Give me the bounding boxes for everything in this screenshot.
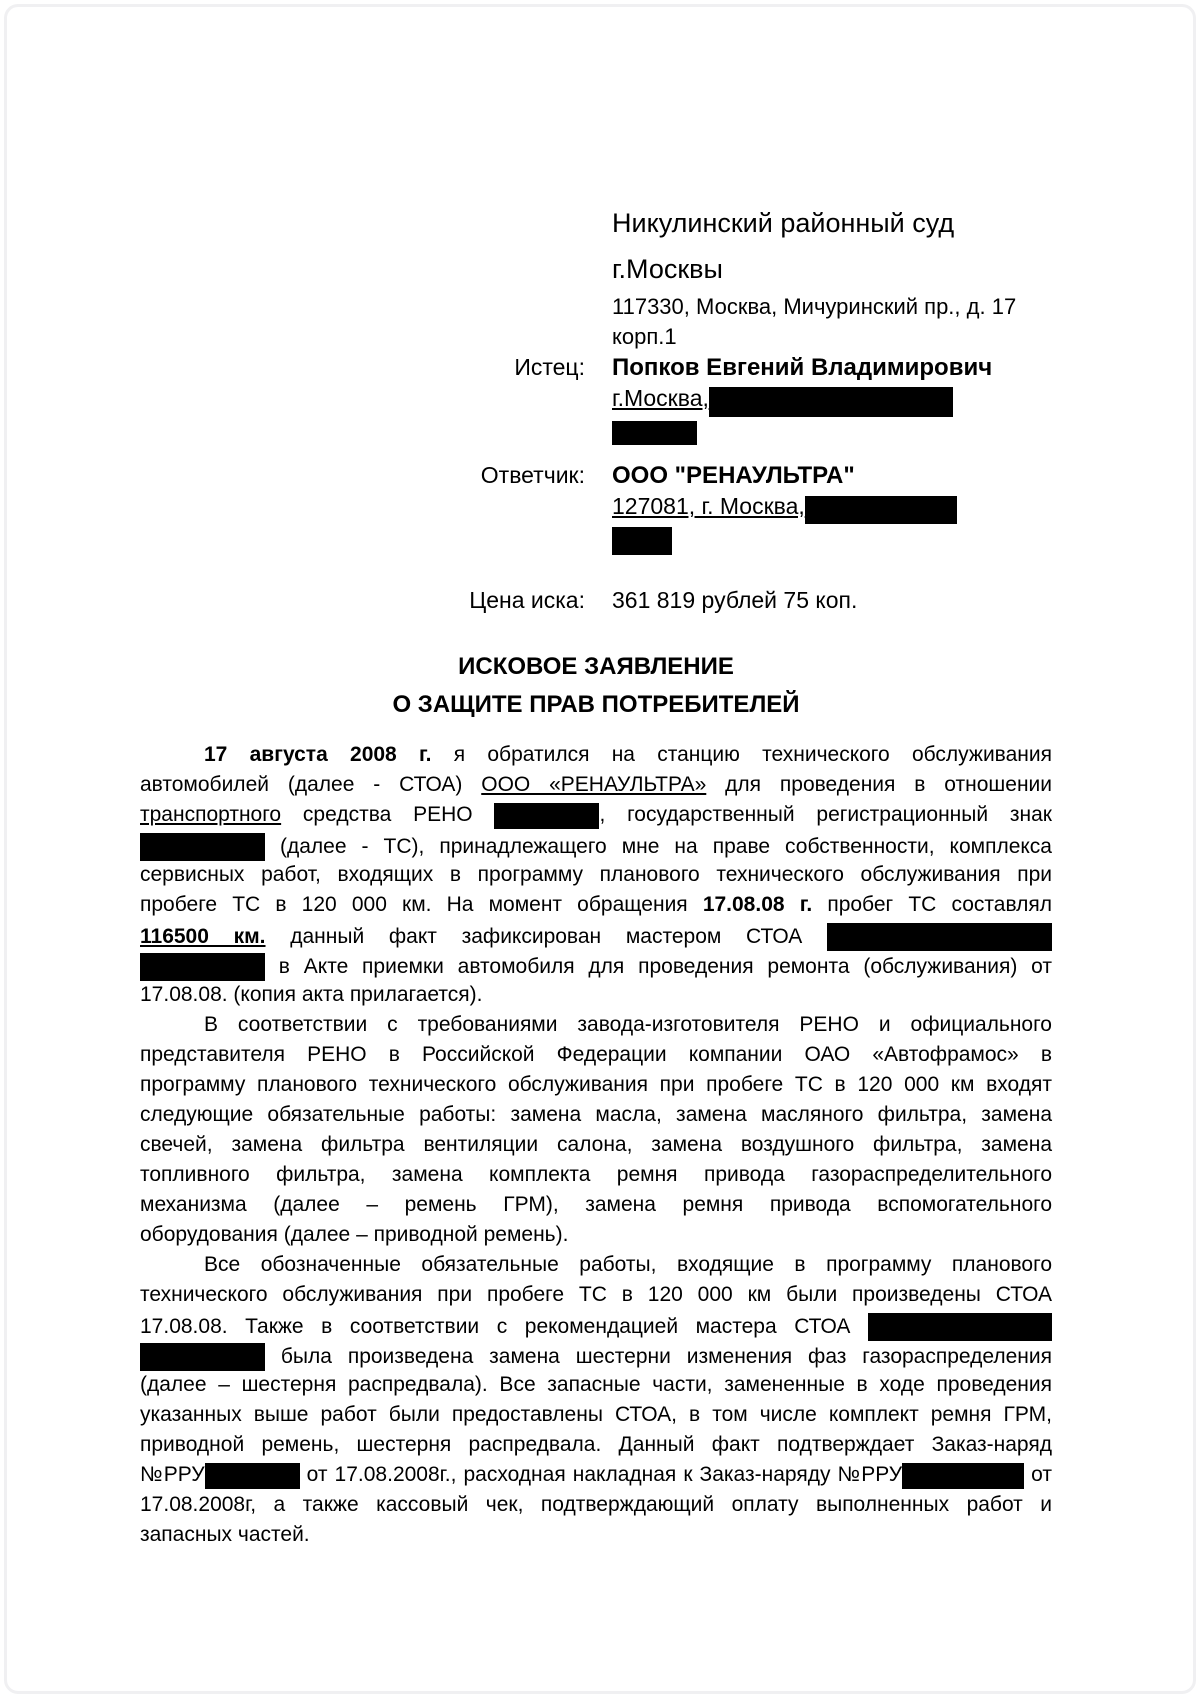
text-segment: в Акте приемки автомобиля для проведения… <box>265 955 1052 978</box>
text-segment: запасных частей. <box>140 1523 310 1546</box>
court-name-line1: Никулинский районный суд <box>612 200 1200 246</box>
text-line: 17.08.08. (копия акта прилагается). <box>140 980 1052 1010</box>
defendant-label: Ответчик: <box>0 460 585 491</box>
document-title-line1: ИСКОВОЕ ЗАЯВЛЕНИЕ <box>140 648 1052 686</box>
text-segment: ООО «РЕНАУЛЬТРА» <box>481 773 706 796</box>
redaction-box <box>205 1463 300 1489</box>
text-line: указанных выше работ были предоставлены … <box>140 1400 1052 1430</box>
text-segment: свечей, замена фильтра вентиляции салона… <box>140 1133 1052 1156</box>
redaction-box <box>612 421 697 445</box>
redaction-box <box>494 803 599 829</box>
text-line: №РРУ от 17.08.2008г., расходная накладна… <box>140 1460 1052 1490</box>
text-line: пробеге ТС в 120 000 км. На момент обращ… <box>140 890 1052 920</box>
text-line: была произведена замена шестерни изменен… <box>140 1340 1052 1370</box>
text-segment: приводной ремень, шестерня распредвала. … <box>140 1433 1052 1456</box>
text-segment: я обратился на станцию технического обсл… <box>431 743 1052 766</box>
text-segment: от 17.08.2008г., расходная накладная к З… <box>300 1463 903 1486</box>
text-segment: 17.08.08 г. <box>703 893 812 916</box>
text-segment: Попков Евгений Владимирович <box>612 354 992 381</box>
defendant-row: Ответчик: ООО "РЕНАУЛЬТРА"127081, г. Мос… <box>0 460 1200 553</box>
court-header: Никулинский районный суд г.Москвы 117330… <box>612 200 1200 352</box>
text-line: механизма (далее – ремень ГРМ), замена р… <box>140 1190 1052 1220</box>
paragraph: 17 августа 2008 г. я обратился на станци… <box>140 740 1052 1010</box>
text-line: 17.08.2008г, а также кассовый чек, подтв… <box>140 1490 1052 1520</box>
redaction-box <box>709 387 953 417</box>
text-segment: следующие обязательные работы: замена ма… <box>140 1103 1052 1126</box>
text-line: автомобилей (далее - СТОА) ООО «РЕНАУЛЬТ… <box>140 770 1052 800</box>
text-segment: 17.08.2008г, а также кассовый чек, подтв… <box>140 1493 1052 1516</box>
text-segment: оборудования (далее – приводной ремень). <box>140 1223 568 1246</box>
text-segment: технического обслуживания при пробеге ТС… <box>140 1283 1052 1306</box>
plaintiff-label: Истец: <box>0 352 585 383</box>
text-segment: средства РЕНО <box>281 803 494 826</box>
redaction-box <box>805 496 957 524</box>
redaction-box <box>902 1463 1024 1489</box>
text-line <box>612 522 957 553</box>
text-segment: программу планового технического обслужи… <box>140 1073 1052 1096</box>
claim-price-row: Цена иска: 361 819 рублей 75 коп. <box>0 585 1200 615</box>
text-segment: В соответствии с требованиями завода-изг… <box>204 1013 1052 1036</box>
text-segment: транспортного <box>140 803 281 826</box>
text-segment: пробеге ТС в 120 000 км. На момент обращ… <box>140 893 703 916</box>
text-segment: механизма (далее – ремень ГРМ), замена р… <box>140 1193 1052 1216</box>
text-line: Все обозначенные обязательные работы, вх… <box>140 1250 1052 1280</box>
text-segment: 17.08.08. (копия акта прилагается). <box>140 983 482 1006</box>
text-segment: автомобилей (далее - СТОА) <box>140 773 481 796</box>
text-line: 116500 км. данный факт зафиксирован маст… <box>140 920 1052 950</box>
text-segment: представителя РЕНО в Российской Федераци… <box>140 1043 1052 1066</box>
text-segment: пробег ТС составлял <box>812 893 1052 916</box>
text-segment: Все обозначенные обязательные работы, вх… <box>204 1253 1052 1276</box>
text-segment: от <box>1024 1463 1052 1486</box>
text-segment: топливного фильтра, замена комплекта рем… <box>140 1163 1052 1186</box>
document-title-line2: О ЗАЩИТЕ ПРАВ ПОТРЕБИТЕЛЕЙ <box>140 686 1052 724</box>
text-segment: №РРУ <box>140 1463 205 1486</box>
redaction-box <box>140 833 265 861</box>
paragraph: В соответствии с требованиями завода-изг… <box>140 1010 1052 1250</box>
court-address-line1: 117330, Москва, Мичуринский пр., д. 17 <box>612 292 1200 322</box>
text-line: Попков Евгений Владимирович <box>612 352 992 383</box>
text-line: В соответствии с требованиями завода-изг… <box>140 1010 1052 1040</box>
text-line: ООО "РЕНАУЛЬТРА" <box>612 460 957 491</box>
text-segment: г.Москва, <box>612 385 709 411</box>
text-line: 127081, г. Москва, <box>612 491 957 522</box>
text-segment: (далее – шестерня распредвала). Все запа… <box>140 1373 1052 1396</box>
text-segment: указанных выше работ были предоставлены … <box>140 1403 1052 1426</box>
text-segment: сервисных работ, входящих в программу пл… <box>140 863 1052 886</box>
defendant-value: ООО "РЕНАУЛЬТРА"127081, г. Москва, <box>612 460 957 553</box>
text-line: 17 августа 2008 г. я обратился на станци… <box>140 740 1052 770</box>
plaintiff-value: Попков Евгений Владимировичг.Москва, <box>612 352 992 445</box>
redaction-box <box>868 1313 1052 1341</box>
text-segment: для проведения в отношении <box>706 773 1052 796</box>
claim-body: 17 августа 2008 г. я обратился на станци… <box>140 740 1052 1550</box>
text-segment: 17 августа 2008 г. <box>204 743 431 766</box>
text-line: запасных частей. <box>140 1520 1052 1550</box>
redaction-box <box>612 527 672 555</box>
document-title: ИСКОВОЕ ЗАЯВЛЕНИЕ О ЗАЩИТЕ ПРАВ ПОТРЕБИТ… <box>140 648 1052 724</box>
text-line: транспортного средства РЕНО , государств… <box>140 800 1052 830</box>
court-address-line2: корп.1 <box>612 322 1200 352</box>
text-line: (далее - ТС), принадлежащего мне на прав… <box>140 830 1052 860</box>
text-line: в Акте приемки автомобиля для проведения… <box>140 950 1052 980</box>
text-line: свечей, замена фильтра вентиляции салона… <box>140 1130 1052 1160</box>
document-page: Никулинский районный суд г.Москвы 117330… <box>0 0 1200 1698</box>
claim-price-label: Цена иска: <box>0 585 585 615</box>
paragraph: Все обозначенные обязательные работы, вх… <box>140 1250 1052 1550</box>
text-segment: , государственный регистрационный знак <box>599 803 1052 826</box>
text-line <box>612 414 992 445</box>
text-segment: (далее - ТС), принадлежащего мне на прав… <box>265 835 1052 858</box>
text-segment: 116500 км. <box>140 925 266 948</box>
text-line: программу планового технического обслужи… <box>140 1070 1052 1100</box>
redaction-box <box>827 923 1052 951</box>
claim-price-value: 361 819 рублей 75 коп. <box>612 585 857 615</box>
text-line: технического обслуживания при пробеге ТС… <box>140 1280 1052 1310</box>
text-line: г.Москва, <box>612 383 992 414</box>
plaintiff-row: Истец: Попков Евгений Владимировичг.Моск… <box>0 352 1200 445</box>
text-segment: была произведена замена шестерни изменен… <box>265 1345 1052 1368</box>
redaction-box <box>140 953 265 981</box>
text-segment: 127081, г. Москва, <box>612 493 805 519</box>
text-line: представителя РЕНО в Российской Федераци… <box>140 1040 1052 1070</box>
text-line: следующие обязательные работы: замена ма… <box>140 1100 1052 1130</box>
redaction-box <box>140 1343 265 1371</box>
text-line: приводной ремень, шестерня распредвала. … <box>140 1430 1052 1460</box>
text-segment: ООО "РЕНАУЛЬТРА" <box>612 462 855 489</box>
text-line: сервисных работ, входящих в программу пл… <box>140 860 1052 890</box>
text-segment: 17.08.08. Также в соответствии с рекомен… <box>140 1315 868 1338</box>
text-line: 17.08.08. Также в соответствии с рекомен… <box>140 1310 1052 1340</box>
text-line: (далее – шестерня распредвала). Все запа… <box>140 1370 1052 1400</box>
text-line: оборудования (далее – приводной ремень). <box>140 1220 1052 1250</box>
court-name-line2: г.Москвы <box>612 246 1200 292</box>
text-line: топливного фильтра, замена комплекта рем… <box>140 1160 1052 1190</box>
text-segment: данный факт зафиксирован мастером СТОА <box>266 925 827 948</box>
